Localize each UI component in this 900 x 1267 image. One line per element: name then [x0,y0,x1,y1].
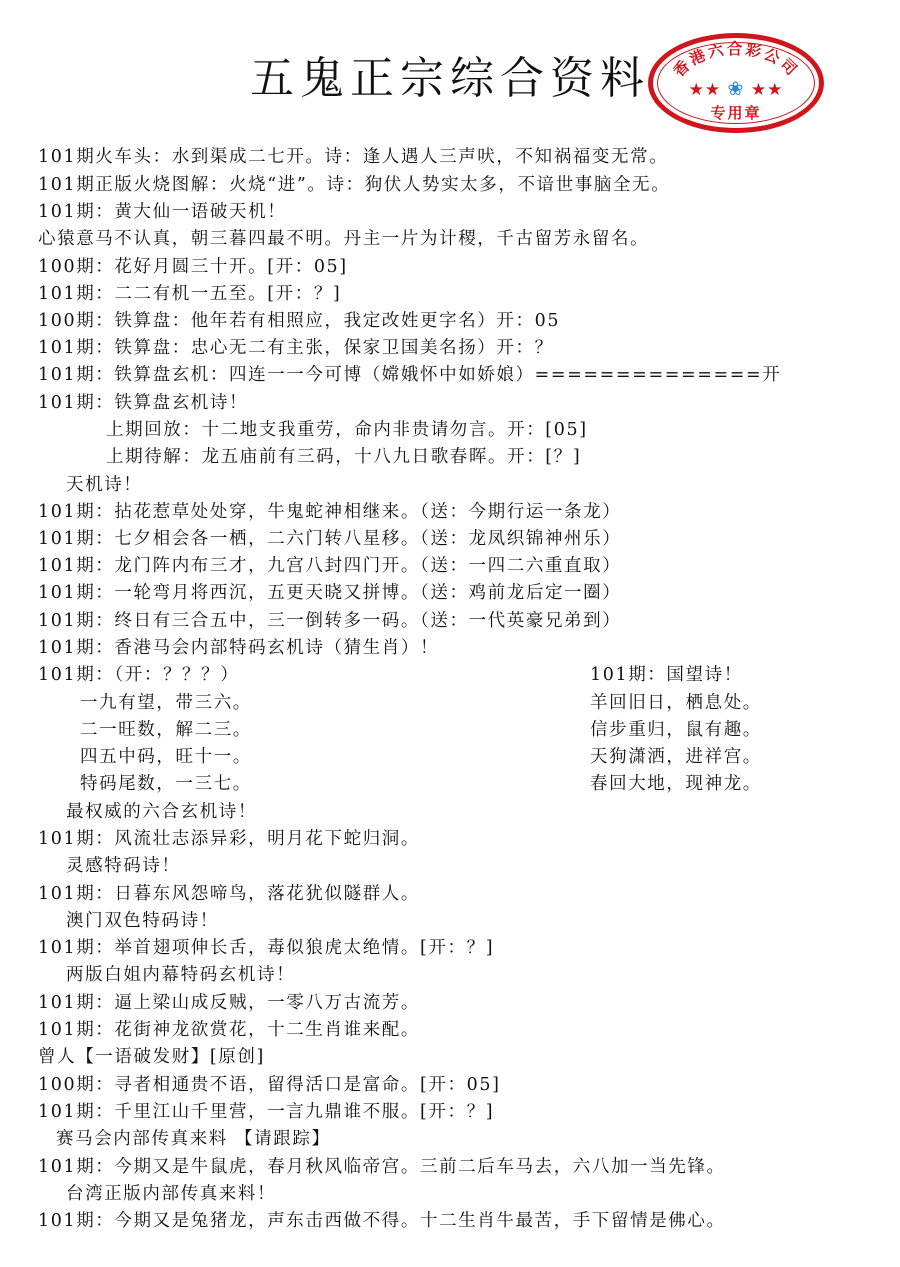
text-line: 101期：二二有机一五至。[开：？] [38,283,341,305]
seal-stars-row: ★★ ❀ ★★ [653,78,819,100]
text-line: 曾人【一语破发财】[原创] [38,1046,265,1068]
text-line: 101期：举首翅项伸长舌，毒似狼虎太绝情。[开：？] [38,937,494,959]
text-line: 101期：铁算盘玄机诗！ [38,392,248,414]
star-icon: ★★ [689,80,721,100]
text-line: 最权威的六合玄机诗！ [66,801,257,823]
text-line: 台湾正版内部传真来料！ [66,1183,276,1205]
text-line: 心猿意马不认真，朝三暮四最不明。丹主一片为计稷，千古留芳永留名。 [38,228,649,250]
text-line: 101期：日暮东风怨啼鸟，落花犹似隧群人。 [38,883,420,905]
text-line: 赛马会内部传真来料 【请跟踪】 [56,1128,331,1150]
text-line: 101期：千里江山千里营，一言九鼎谁不服。[开：？] [38,1101,494,1123]
text-line: 澳门双色特码诗！ [66,910,219,932]
text-line: 101期：香港马会内部特码玄机诗（猜生肖）！ [38,637,439,659]
text-line: 101期：花街神龙欲赏花，十二生肖谁来配。 [38,1019,420,1041]
text-line: 101期：七夕相会各一栖，二六门转八星移。（送：龙凤织锦神州乐） [38,528,621,550]
text-line: 101期：今期又是牛鼠虎，春月秋风临帝宫。三前二后车马去，六八加一当先锋。 [38,1156,726,1178]
svg-text:香港六合彩公司: 香港六合彩公司 [670,40,802,80]
text-line: 上期回放：十二地支我重劳，命内非贵请勿言。开：[05] [106,419,588,441]
text-line: 101期火车头：水到渠成二七开。诗：逢人遇人三声吠，不知祸福变无常。 [38,146,668,168]
text-line: 101期：今期又是兔猪龙，声东击西做不得。十二生肖牛最苦，手下留情是佛心。 [38,1210,726,1232]
text-line: 101期：拈花惹草处处穿，牛鬼蛇神相继来。（送：今期行运一条龙） [38,501,621,523]
text-line: 二一旺数，解二三。 [80,719,252,741]
text-line: 100期：花好月圆三十开。[开：05] [38,256,348,278]
text-line: 四五中码，旺十一。 [80,746,252,768]
text-line: 上期待解：龙五庙前有三码，十八九日歌春晖。开：[？] [106,446,581,468]
company-seal-stamp: 香港六合彩公司 ★★ ❀ ★★ 专用章 [648,33,824,133]
text-line: 101期：（开：？？？） [38,664,239,686]
text-line: 101期：一轮弯月将西沉，五更天晓又拼博。（送：鸡前龙后定一圈） [38,582,621,604]
text-line: 天机诗！ [66,474,142,496]
flower-emblem-icon: ❀ [728,78,745,100]
text-line: 101期：终日有三合五中，三一倒转多一码。（送：一代英豪兄弟到） [38,610,621,632]
text-line: 100期：寻者相通贵不语，留得活口是富命。[开：05] [38,1074,501,1096]
seal-bottom-text: 专用章 [653,102,819,123]
text-line: 101期：铁算盘：忠心无二有主张，保家卫国美名扬）开：？ [38,337,554,359]
text-line: 101期：龙门阵内布三才，九宫八封四门开。（送：一四二六重直取） [38,555,621,577]
text-line: 两版白姐内幕特码玄机诗！ [66,964,295,986]
text-line: 特码尾数，一三七。 [80,773,252,795]
text-line: 101期：风流壮志添异彩，明月花下蛇归洞。 [38,828,420,850]
text-line: 101期：铁算盘玄机：四连一一今可博（嫦娥怀中如娇娘）=============… [38,364,781,386]
side-poem-line: 天狗潇洒，进祥宫。 [590,746,762,768]
text-line: 100期：铁算盘：他年若有相照应，我定改姓更字名）开：05 [38,310,560,332]
side-poem-line: 信步重归，鼠有趣。 [590,719,762,741]
side-poem-line: 羊回旧日，栖息处。 [590,692,762,714]
side-poem-line: 春回大地，现神龙。 [590,773,762,795]
text-line: 灵感特码诗！ [66,855,181,877]
star-icon: ★★ [751,80,783,100]
side-poem-title: 101期：国望诗！ [590,664,743,686]
text-line: 101期：黄大仙一语破天机！ [38,201,286,223]
text-line: 一九有望，带三六。 [80,692,252,714]
text-line: 101期：逼上梁山成反贼，一零八万古流芳。 [38,992,420,1014]
text-line: 101期正版火烧图解：火烧“进”。诗：狗伏人势实太多，不谙世事脑全无。 [38,174,670,196]
